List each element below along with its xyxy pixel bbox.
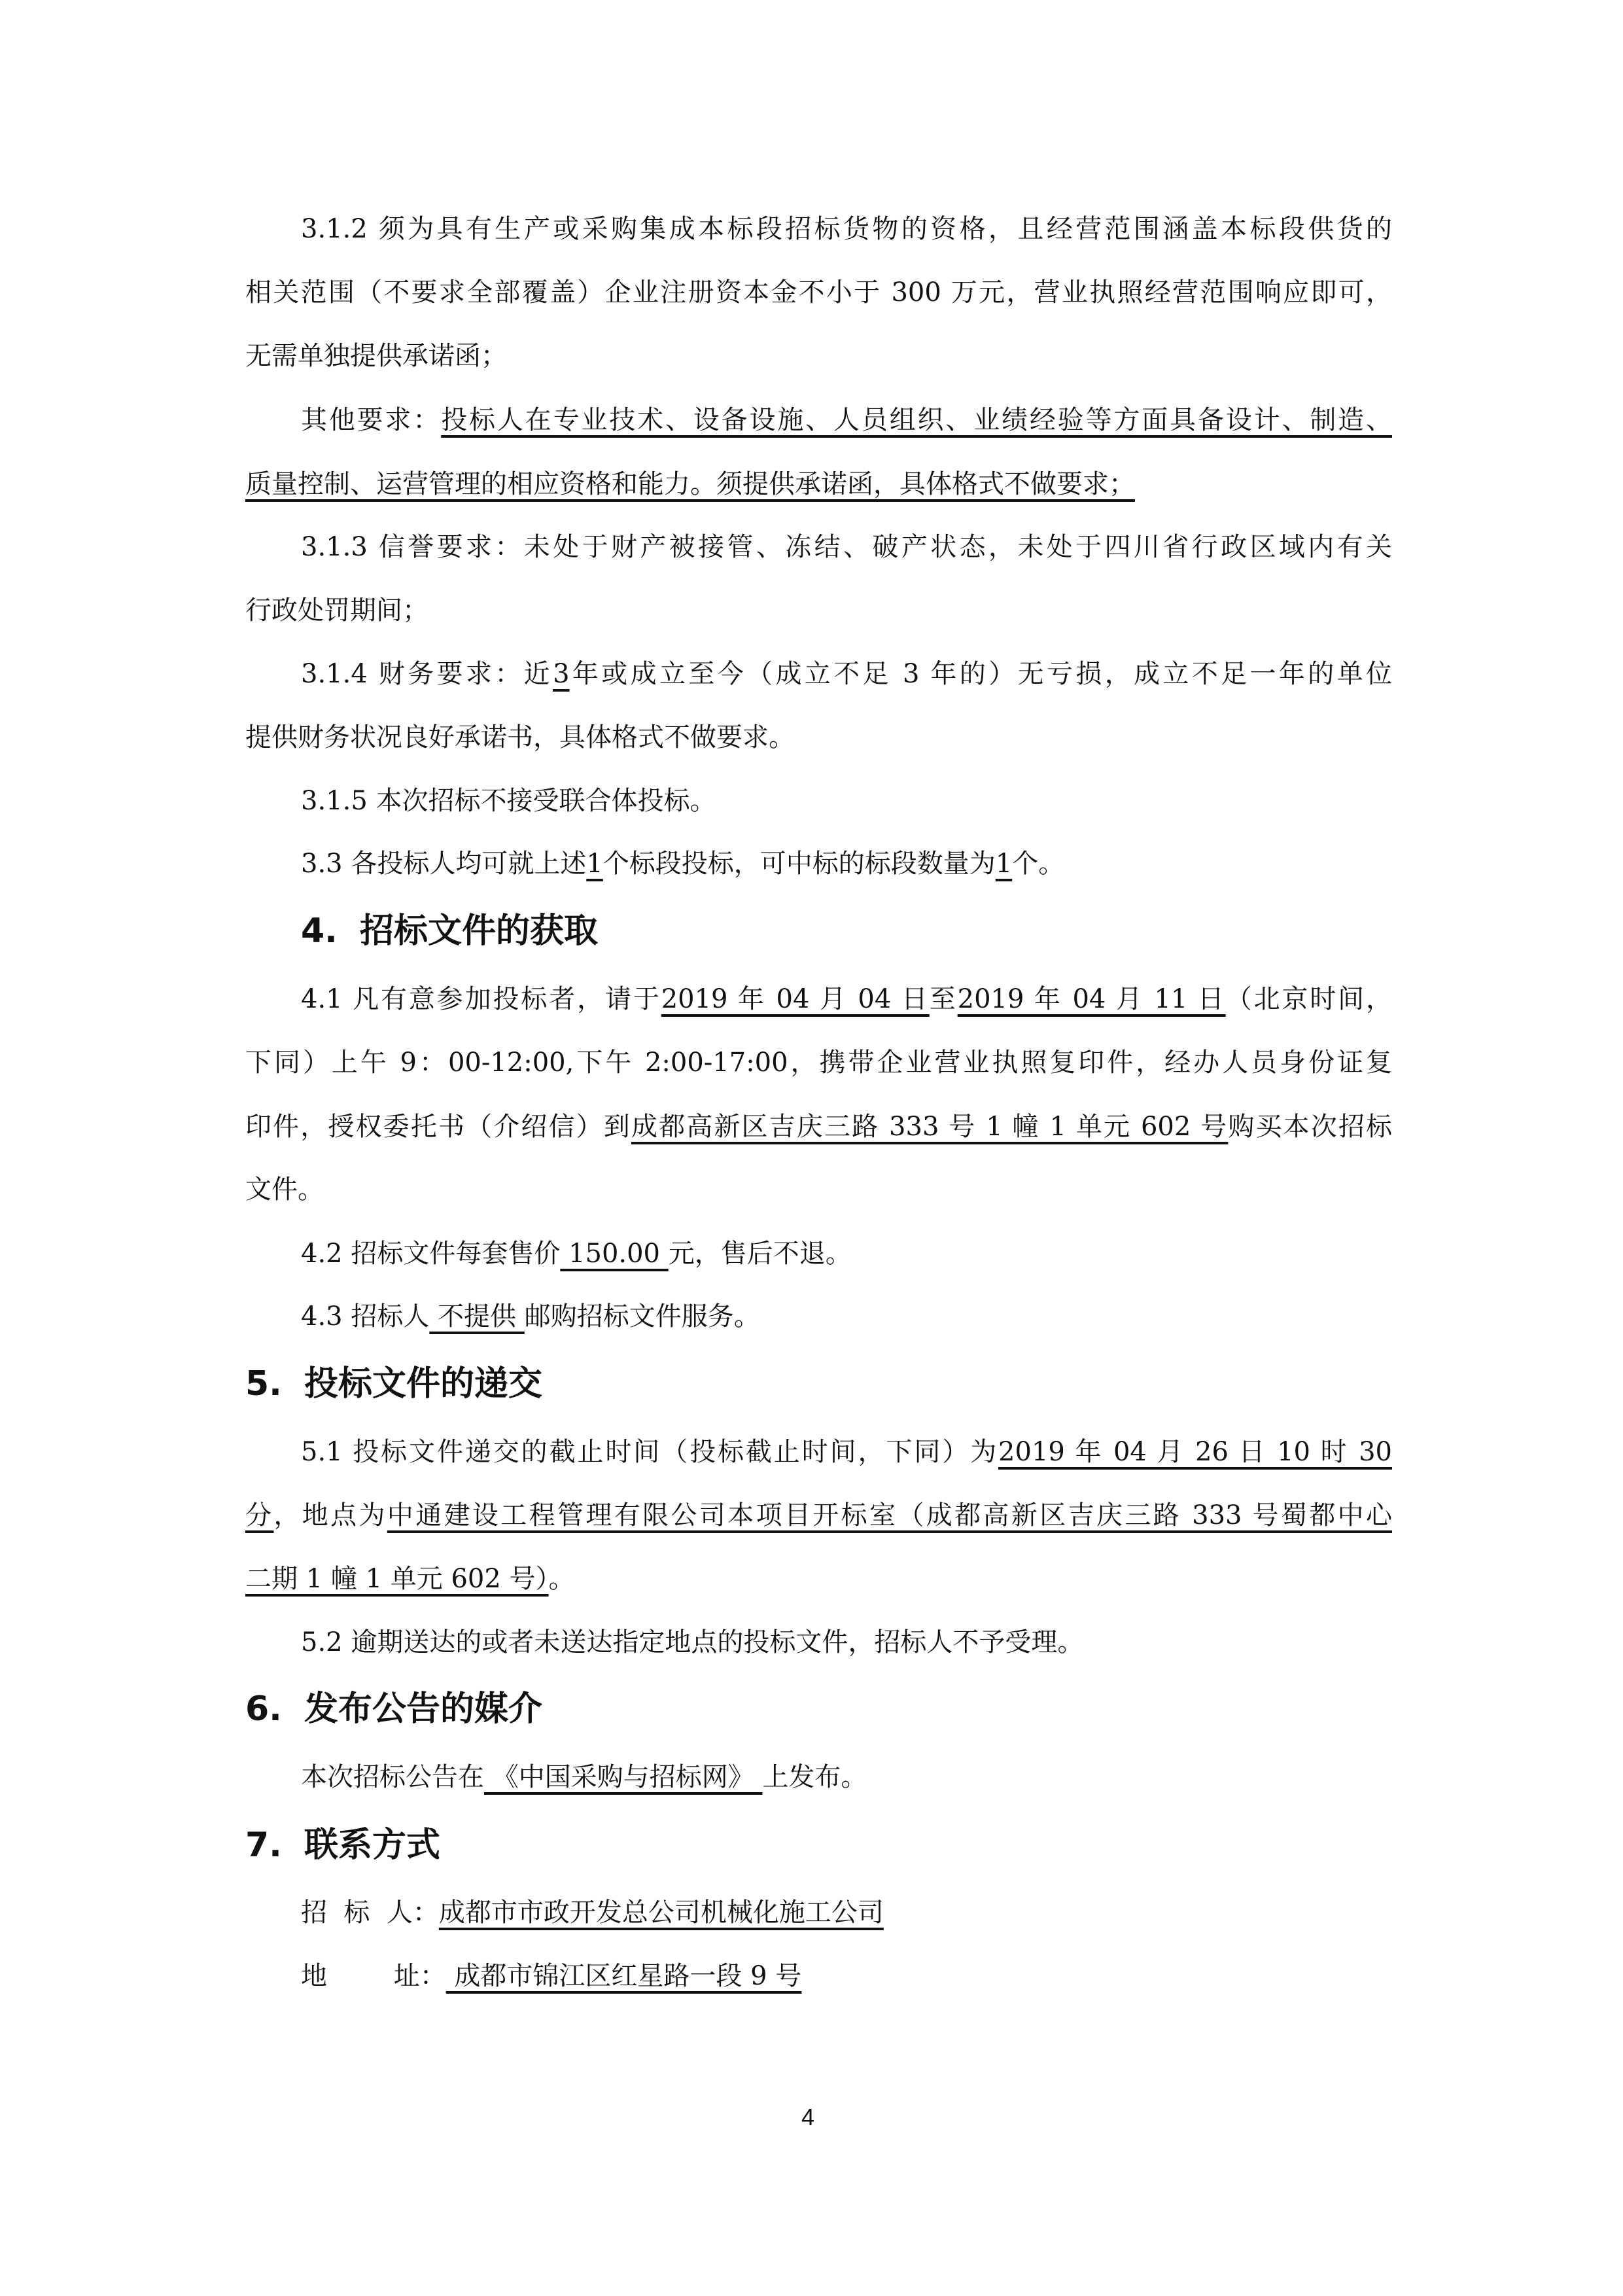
paragraph-5-1-line-1: 5.1 投标文件递交的截止时间（投标截止时间，下同）为2019 年 04 月 2… bbox=[301, 1432, 1392, 1472]
paragraph-3-1-2-line-1: 3.1.2 须为具有生产或采购集成本标段招标货物的资格，且经营范围涵盖本标段供货… bbox=[301, 209, 1392, 249]
section-heading-4: 4.招标文件的获取 bbox=[301, 908, 598, 954]
paragraph-5-1-line-2: 分，地点为中通建设工程管理有限公司本项目开标室（成都高新区吉庆三路 333 号蜀… bbox=[245, 1496, 1392, 1535]
publication-media: 《中国采购与招标网》 bbox=[484, 1762, 762, 1792]
section-title: 联系方式 bbox=[304, 1826, 440, 1865]
paragraph-3-3: 3.3 各投标人均可就上述1个标段投标，可中标的标段数量为1个。 bbox=[301, 844, 1392, 883]
tenderer-address: 成都市锦江区红星路一段 9 号 bbox=[446, 1961, 802, 1991]
contact-address: 地 址： 成都市锦江区红星路一段 9 号 bbox=[301, 1956, 1392, 1996]
bid-deadline: 2019 年 04 月 26 日 10 时 30 bbox=[998, 1437, 1392, 1467]
tenderer-label: 招 标 人： bbox=[301, 1898, 439, 1928]
price-suffix: 元，售后不退。 bbox=[669, 1239, 852, 1269]
lots-suffix: 个。 bbox=[1012, 849, 1064, 879]
financial-years-value: 3 bbox=[553, 659, 569, 689]
deadline-prefix: 5.1 投标文件递交的截止时间（投标截止时间，下同）为 bbox=[301, 1437, 998, 1467]
section-number: 6. bbox=[245, 1686, 304, 1732]
obtain-prefix: 4.1 凡有意参加投标者，请于 bbox=[301, 984, 661, 1014]
media-prefix: 本次招标公告在 bbox=[301, 1762, 484, 1792]
document-page: 3.1.2 须为具有生产或采购集成本标段招标货物的资格，且经营范围涵盖本标段供货… bbox=[0, 0, 1623, 2296]
paragraph-3-1-2-line-2: 相关范围（不要求全部覆盖）企业注册资本金不小于 300 万元，营业执照经营范围响… bbox=[245, 273, 1392, 312]
paragraph-3-1-5: 3.1.5 本次招标不接受联合体投标。 bbox=[301, 781, 1392, 821]
paragraph-other-requirements-line-2: 质量控制、运营管理的相应资格和能力。须提供承诺函，具体格式不做要求； bbox=[245, 465, 1392, 504]
lots-middle: 个标段投标，可中标的标段数量为 bbox=[603, 849, 996, 879]
paragraph-5-1-line-3: 二期 1 幢 1 单元 602 号）。 bbox=[245, 1559, 1392, 1598]
obtain-suffix: （北京时间， bbox=[1226, 984, 1392, 1014]
section-heading-7: 7.联系方式 bbox=[245, 1822, 440, 1868]
section-title: 投标文件的递交 bbox=[304, 1364, 542, 1404]
financial-req-suffix: 年或成立至今（成立不足 3 年的）无亏损，成立不足一年的单位 bbox=[570, 659, 1392, 689]
obtain-to: 至 bbox=[930, 984, 958, 1014]
contact-tenderer: 招 标 人：成都市市政开发总公司机械化施工公司 bbox=[301, 1893, 1392, 1932]
section-number: 7. bbox=[245, 1822, 304, 1868]
section-number: 5. bbox=[245, 1361, 304, 1407]
paragraph-4-2: 4.2 招标文件每套售价 150.00 元，售后不退。 bbox=[301, 1234, 1392, 1273]
paragraph-3-1-3-line-2: 行政处罚期间； bbox=[245, 591, 1392, 630]
other-requirements-text-cont: 质量控制、运营管理的相应资格和能力。须提供承诺函，具体格式不做要求； bbox=[245, 469, 1135, 499]
page-number: 4 bbox=[798, 2104, 818, 2131]
media-suffix: 上发布。 bbox=[762, 1762, 867, 1792]
address-label: 地 址： bbox=[301, 1961, 446, 1991]
sale-start-date: 2019 年 04 月 04 日 bbox=[661, 984, 930, 1014]
location-end: 。 bbox=[549, 1564, 575, 1594]
paragraph-other-requirements-line-1: 其他要求：投标人在专业技术、设备设施、人员组织、业绩经验等方面具备设计、制造、 bbox=[301, 400, 1392, 440]
section-heading-5: 5.投标文件的递交 bbox=[245, 1361, 542, 1407]
lots-prefix: 3.3 各投标人均可就上述 bbox=[301, 849, 586, 879]
price-prefix: 4.2 招标文件每套售价 bbox=[301, 1239, 560, 1269]
section-title: 发布公告的媒介 bbox=[304, 1689, 542, 1729]
mail-prefix: 4.3 招标人 bbox=[301, 1301, 429, 1332]
lots-bid-count: 1 bbox=[586, 849, 602, 879]
other-requirements-label: 其他要求： bbox=[301, 405, 441, 435]
section-title: 招标文件的获取 bbox=[360, 911, 598, 951]
paragraph-3-1-4-line-2: 提供财务状况良好承诺书，具体格式不做要求。 bbox=[245, 718, 1392, 757]
mail-service-value: 不提供 bbox=[429, 1301, 524, 1332]
paragraph-4-1-line-3: 印件，授权委托书（介绍信）到成都高新区吉庆三路 333 号 1 幢 1 单元 6… bbox=[245, 1107, 1392, 1146]
obtain-l3-suffix: 购买本次招标 bbox=[1228, 1112, 1392, 1142]
sale-address: 成都高新区吉庆三路 333 号 1 幢 1 单元 602 号 bbox=[631, 1112, 1228, 1142]
sale-end-date: 2019 年 04 月 11 日 bbox=[958, 984, 1226, 1014]
lots-win-count: 1 bbox=[996, 849, 1012, 879]
location-prefix: ，地点为 bbox=[273, 1500, 387, 1530]
section-heading-6: 6.发布公告的媒介 bbox=[245, 1686, 542, 1732]
paragraph-4-1-line-4: 文件。 bbox=[245, 1170, 1392, 1209]
tenderer-name: 成都市市政开发总公司机械化施工公司 bbox=[439, 1898, 884, 1928]
bid-location: 中通建设工程管理有限公司本项目开标室（成都高新区吉庆三路 333 号蜀都中心 bbox=[387, 1500, 1392, 1530]
mail-suffix: 邮购招标文件服务。 bbox=[525, 1301, 760, 1332]
paragraph-4-1-line-2: 下同）上午 9：00-12:00,下午 2:00-17:00，携带企业营业执照复… bbox=[245, 1043, 1392, 1082]
paragraph-3-1-4-line-1: 3.1.4 财务要求：近3年或成立至今（成立不足 3 年的）无亏损，成立不足一年… bbox=[301, 654, 1392, 694]
obtain-l3-prefix: 印件，授权委托书（介绍信）到 bbox=[245, 1112, 631, 1142]
paragraph-3-1-2-line-3: 无需单独提供承诺函； bbox=[245, 336, 1392, 376]
other-requirements-text: 投标人在专业技术、设备设施、人员组织、业绩经验等方面具备设计、制造、 bbox=[441, 405, 1392, 435]
paragraph-4-1-line-1: 4.1 凡有意参加投标者，请于2019 年 04 月 04 日至2019 年 0… bbox=[301, 980, 1392, 1019]
paragraph-4-3: 4.3 招标人 不提供 邮购招标文件服务。 bbox=[301, 1297, 1392, 1336]
paragraph-media: 本次招标公告在 《中国采购与招标网》 上发布。 bbox=[301, 1757, 1392, 1797]
bid-deadline-cont: 分 bbox=[245, 1500, 273, 1530]
paragraph-5-2: 5.2 逾期送达的或者未送达指定地点的投标文件，招标人不予受理。 bbox=[301, 1623, 1392, 1662]
bid-location-cont: 二期 1 幢 1 单元 602 号） bbox=[245, 1564, 549, 1594]
section-number: 4. bbox=[301, 908, 360, 954]
paragraph-3-1-3-line-1: 3.1.3 信誉要求：未处于财产被接管、冻结、破产状态，未处于四川省行政区域内有… bbox=[301, 527, 1392, 567]
financial-req-prefix: 3.1.4 财务要求：近 bbox=[301, 659, 553, 689]
document-price: 150.00 bbox=[560, 1239, 668, 1269]
